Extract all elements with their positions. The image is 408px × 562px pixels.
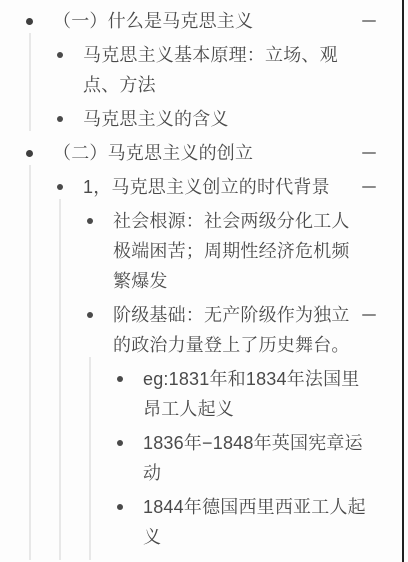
collapse-minus-icon[interactable] xyxy=(362,314,376,316)
collapse-minus-icon[interactable] xyxy=(362,152,376,154)
outline-item: 社会根源：社会两级分化工人极端困苦；周期性经济危机频繁爆发 xyxy=(79,206,402,296)
outline-item: 阶级基础：无产阶级作为独立的政治力量登上了历史舞台。 xyxy=(79,300,402,360)
outline-item: eg:1831年和1834年法国里昂工人起义 xyxy=(109,364,402,424)
bullet-icon[interactable] xyxy=(87,218,93,224)
outline-item: 马克思主义基本原理：立场、观点、方法 xyxy=(49,40,402,100)
outline-item-text[interactable]: 1836年−1848年英国宪章运动 xyxy=(143,428,367,488)
outline-node: 马克思主义的含义 xyxy=(49,104,402,134)
outline-item-text[interactable]: eg:1831年和1834年法国里昂工人起义 xyxy=(143,364,367,424)
bullet-icon[interactable] xyxy=(87,312,93,318)
outline-children: 1，马克思主义创立的时代背景 社会根源：社会两级分化工人极端困苦；周期性经济危机… xyxy=(49,172,402,552)
collapse-minus-icon[interactable] xyxy=(362,186,376,188)
outline-item-text[interactable]: （二）马克思主义的创立 xyxy=(53,138,253,168)
outline-item: 1836年−1848年英国宪章运动 xyxy=(109,428,402,488)
outline-node: 1，马克思主义创立的时代背景 社会根源：社会两级分化工人极端困苦；周期性经济危机… xyxy=(49,172,402,552)
bullet-icon[interactable] xyxy=(117,504,123,510)
outline-item: （一）什么是马克思主义 xyxy=(19,6,402,36)
bullet-icon[interactable] xyxy=(117,440,123,446)
outline-note-screen: （一）什么是马克思主义 马克思主义基本原理：立场、观点、方法 马克思主义的含义 xyxy=(0,0,408,562)
outline-node: 阶级基础：无产阶级作为独立的政治力量登上了历史舞台。 eg:1831年和1834… xyxy=(79,300,402,552)
bullet-icon[interactable] xyxy=(26,150,33,157)
outline-item-text[interactable]: 1844年德国西里西亚工人起义 xyxy=(143,492,367,552)
outline-node: 马克思主义基本原理：立场、观点、方法 xyxy=(49,40,402,100)
bullet-icon[interactable] xyxy=(26,18,33,25)
outline-item-text[interactable]: 马克思主义基本原理：立场、观点、方法 xyxy=(83,40,350,100)
outline-list: （一）什么是马克思主义 马克思主义基本原理：立场、观点、方法 马克思主义的含义 xyxy=(19,6,402,556)
outline-item: 马克思主义的含义 xyxy=(49,104,402,134)
screen-right-edge xyxy=(402,0,404,562)
outline-children: 马克思主义基本原理：立场、观点、方法 马克思主义的含义 xyxy=(49,40,402,134)
outline-node: （二）马克思主义的创立 1，马克思主义创立的时代背景 xyxy=(19,138,402,552)
collapse-minus-icon[interactable] xyxy=(362,20,376,22)
bullet-icon[interactable] xyxy=(57,52,63,58)
outline-item-text[interactable]: （一）什么是马克思主义 xyxy=(53,6,253,36)
outline-item-text[interactable]: 阶级基础：无产阶级作为独立的政治力量登上了历史舞台。 xyxy=(113,300,350,360)
outline-node: eg:1831年和1834年法国里昂工人起义 xyxy=(109,364,402,424)
outline-children: 社会根源：社会两级分化工人极端困苦；周期性经济危机频繁爆发 阶级基础：无产阶级作… xyxy=(79,206,402,552)
outline-item: 1844年德国西里西亚工人起义 xyxy=(109,492,402,552)
outline-node: 1844年德国西里西亚工人起义 xyxy=(109,492,402,552)
outline-node: （一）什么是马克思主义 马克思主义基本原理：立场、观点、方法 马克思主义的含义 xyxy=(19,6,402,134)
outline-item-text[interactable]: 社会根源：社会两级分化工人极端困苦；周期性经济危机频繁爆发 xyxy=(113,206,350,296)
outline-node: 1836年−1848年英国宪章运动 xyxy=(109,428,402,488)
bullet-icon[interactable] xyxy=(57,116,63,122)
bullet-icon[interactable] xyxy=(57,184,63,190)
outline-item: 1，马克思主义创立的时代背景 xyxy=(49,172,402,202)
outline-item-text[interactable]: 马克思主义的含义 xyxy=(83,104,229,134)
bullet-icon[interactable] xyxy=(117,376,123,382)
outline-node: 社会根源：社会两级分化工人极端困苦；周期性经济危机频繁爆发 xyxy=(79,206,402,296)
outline-item: （二）马克思主义的创立 xyxy=(19,138,402,168)
outline-item-text[interactable]: 1，马克思主义创立的时代背景 xyxy=(83,172,330,202)
outline-children: eg:1831年和1834年法国里昂工人起义 1836年−1848年英国宪章运动 xyxy=(109,364,402,552)
